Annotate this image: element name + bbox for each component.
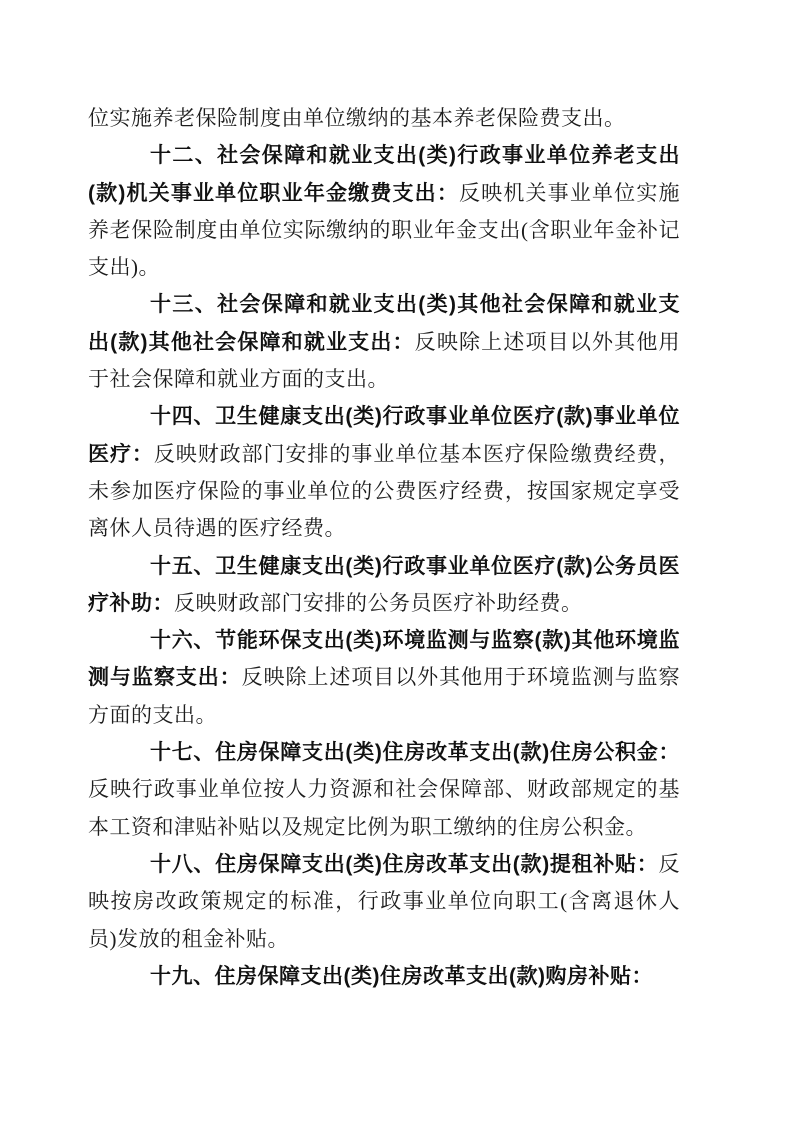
clause-text: 反映财政部门安排的公务员医疗补助经费。 bbox=[174, 591, 583, 615]
paragraph-continuation: 位实施养老保险制度由单位缴纳的基本养老保险费支出。 bbox=[88, 100, 680, 137]
paragraph-clause-13: 十三、社会保障和就业支出(类)其他社会保障和就业支出(款)其他社会保障和就业支出… bbox=[88, 286, 680, 398]
paragraph-clause-19: 十九、住房保障支出(类)住房改革支出(款)购房补贴： bbox=[88, 958, 680, 995]
clause-heading: 十八、住房保障支出(类)住房改革支出(款)提租补贴： bbox=[150, 853, 659, 876]
clause-text: 位实施养老保险制度由单位缴纳的基本养老保险费支出。 bbox=[88, 106, 626, 130]
paragraph-clause-17: 十七、住房保障支出(类)住房改革支出(款)住房公积金：反映行政事业单位按人力资源… bbox=[88, 734, 680, 846]
paragraph-clause-18: 十八、住房保障支出(类)住房改革支出(款)提租补贴：反映按房改政策规定的标准，行… bbox=[88, 846, 680, 958]
clause-heading: 十九、住房保障支出(类)住房改革支出(款)购房补贴： bbox=[150, 965, 653, 988]
clause-text: 反映行政事业单位按人力资源和社会保障部、财政部规定的基本工资和津贴补贴以及规定比… bbox=[88, 777, 680, 838]
paragraph-clause-15: 十五、卫生健康支出(类)行政事业单位医疗(款)公务员医疗补助：反映财政部门安排的… bbox=[88, 548, 680, 623]
paragraph-clause-14: 十四、卫生健康支出(类)行政事业单位医疗(款)事业单位医疗：反映财政部门安排的事… bbox=[88, 398, 680, 547]
paragraph-clause-16: 十六、节能环保支出(类)环境监测与监察(款)其他环境监测与监察支出：反映除上述项… bbox=[88, 622, 680, 734]
document-content: 位实施养老保险制度由单位缴纳的基本养老保险费支出。 十二、社会保障和就业支出(类… bbox=[88, 100, 680, 995]
paragraph-clause-12: 十二、社会保障和就业支出(类)行政事业单位养老支出(款)机关事业单位职业年金缴费… bbox=[88, 137, 680, 286]
clause-heading: 十七、住房保障支出(类)住房改革支出(款)住房公积金： bbox=[150, 741, 680, 764]
clause-text: 反映财政部门安排的事业单位基本医疗保险缴费经费，未参加医疗保险的事业单位的公费医… bbox=[88, 442, 680, 541]
document-page: 位实施养老保险制度由单位缴纳的基本养老保险费支出。 十二、社会保障和就业支出(类… bbox=[0, 0, 793, 1122]
